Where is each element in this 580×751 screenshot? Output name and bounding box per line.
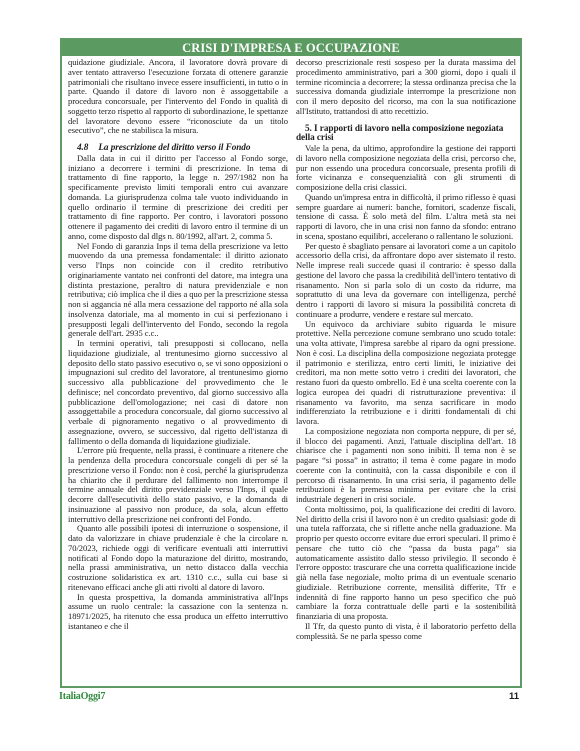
section-header: CRISI D'IMPRESA E OCCUPAZIONE: [62, 40, 520, 56]
right-column: decorso prescrizionale resti sospeso per…: [296, 58, 516, 684]
paragraph: Per questo è sbagliato pensare ai lavora…: [296, 242, 516, 320]
paragraph: La composizione negoziata non comporta n…: [296, 427, 516, 505]
section-number: 4.8: [77, 142, 88, 152]
article-columns: quidazione giudiziale. Ancora, il lavora…: [68, 58, 516, 684]
section-title: La prescrizione del diritto verso il Fon…: [98, 142, 250, 152]
paragraph: Vale la pena, da ultimo, approfondire la…: [296, 144, 516, 193]
paragraph: In termini operativi, tali presupposti s…: [68, 339, 288, 446]
paragraph: decorso prescrizionale resti sospeso per…: [296, 58, 516, 117]
paragraph: Nel Fondo di garanzia Inps il tema della…: [68, 242, 288, 340]
paragraph: Conta moltissimo, poi, la qualificazione…: [296, 505, 516, 622]
paragraph: quidazione giudiziale. Ancora, il lavora…: [68, 58, 288, 136]
page-number: 11: [509, 691, 519, 702]
paragraph: Un equivoco da archiviare subito riguard…: [296, 320, 516, 427]
paragraph: Quando un'impresa entra in difficoltà, i…: [296, 193, 516, 242]
publication-logo: ItaliaOggi7: [59, 691, 105, 702]
paragraph: L'errore più frequente, nella prassi, è …: [68, 446, 288, 524]
paragraph: Dalla data in cui il diritto per l'acces…: [68, 154, 288, 242]
paragraph: Quanto alle possibili ipotesi di interru…: [68, 524, 288, 592]
section-heading-5: 5. I rapporti di lavoro nella composizio…: [296, 124, 516, 144]
section-heading-4-8: 4.8La prescrizione del diritto verso il …: [68, 143, 288, 153]
left-column: quidazione giudiziale. Ancora, il lavora…: [68, 58, 288, 684]
paragraph: Il Tfr, da questo punto di vista, è il l…: [296, 622, 516, 642]
article-frame: CRISI D'IMPRESA E OCCUPAZIONE quidazione…: [60, 38, 522, 688]
paragraph: In questa prospettiva, la domanda ammini…: [68, 593, 288, 632]
